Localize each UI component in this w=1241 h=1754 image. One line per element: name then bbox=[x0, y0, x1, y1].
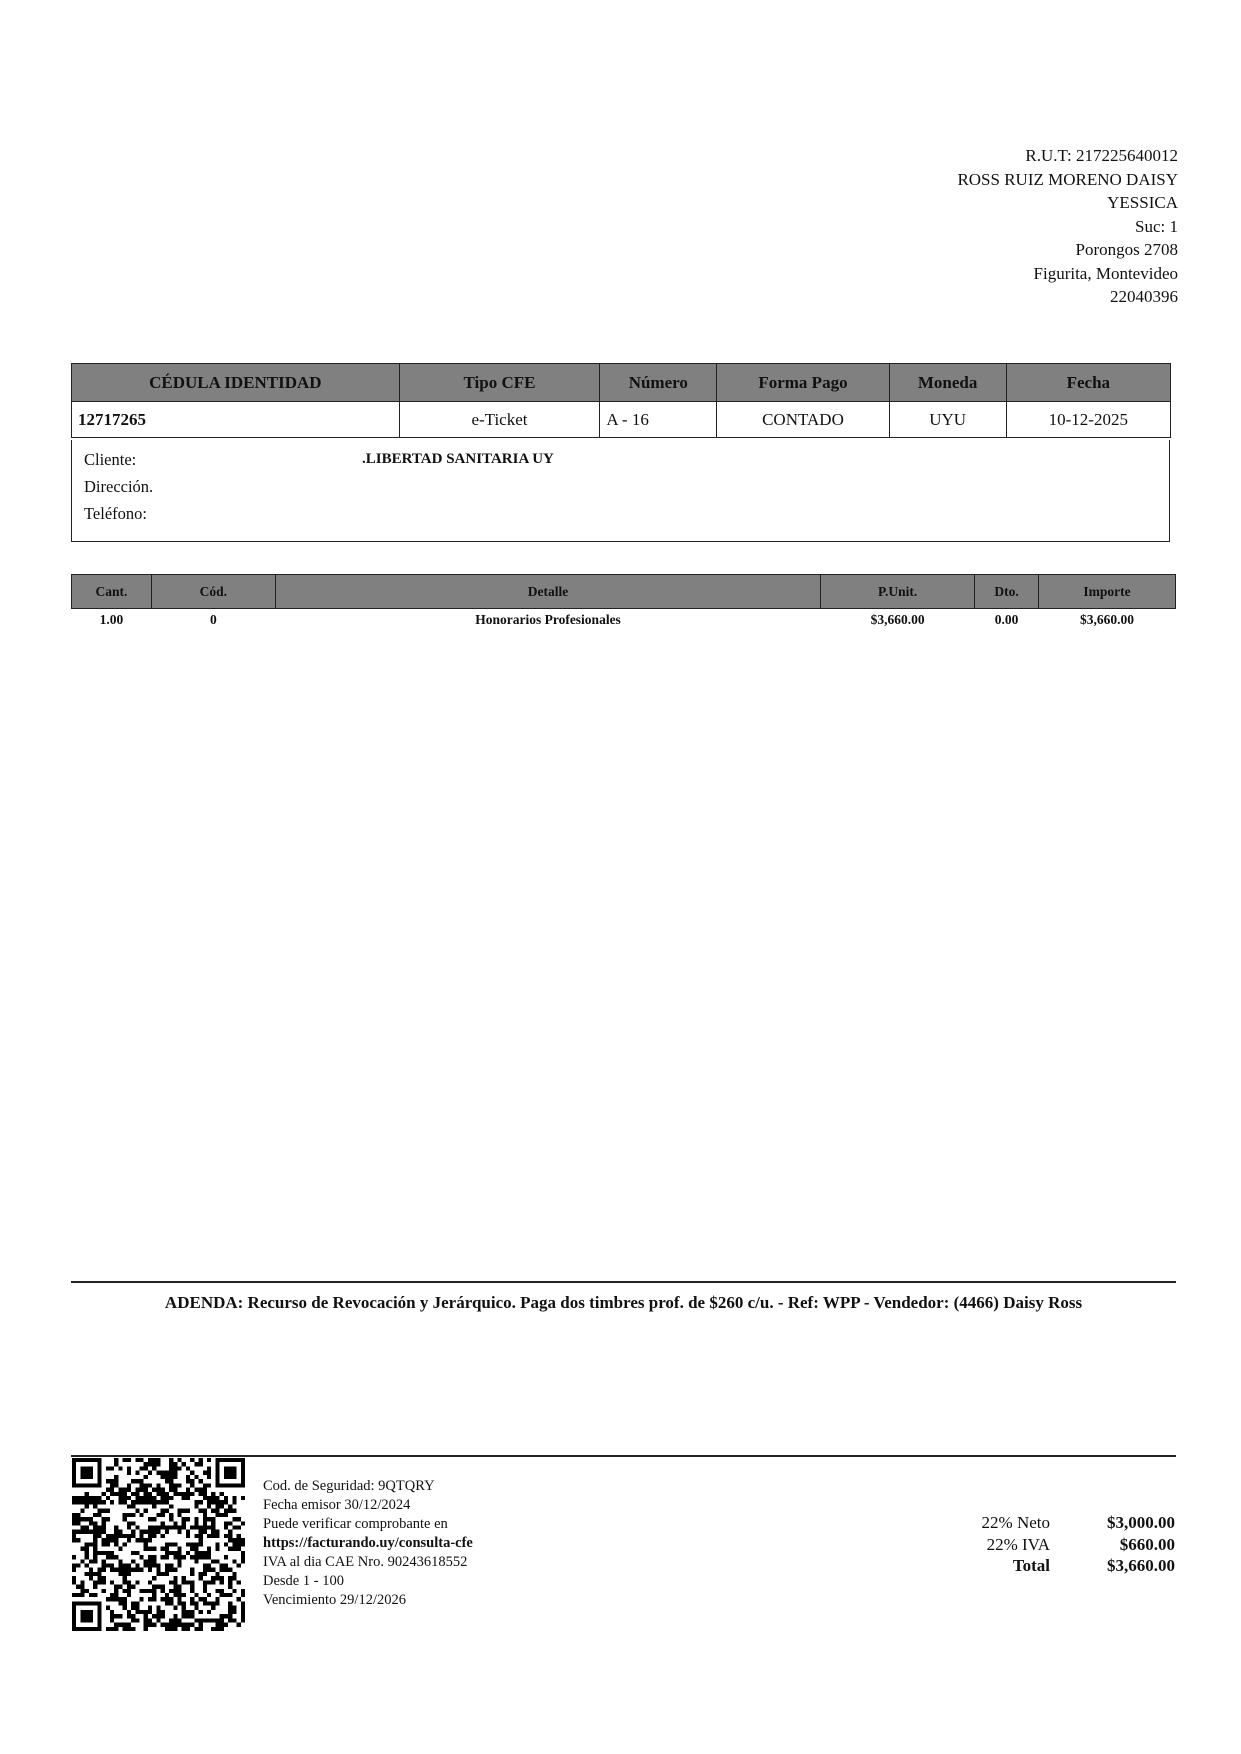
moneda-value: UYU bbox=[889, 402, 1006, 438]
col-numero: Número bbox=[600, 364, 717, 402]
issuer-info: R.U.T: 217225640012 ROSS RUIZ MORENO DAI… bbox=[957, 144, 1178, 309]
tipo-cfe-value: e-Ticket bbox=[399, 402, 600, 438]
col-tipo-cfe: Tipo CFE bbox=[399, 364, 600, 402]
cedula-value: 12717265 bbox=[72, 402, 400, 438]
issuer-name: ROSS RUIZ MORENO DAISY bbox=[957, 168, 1178, 192]
cae-number: IVA al dia CAE Nro. 90243618552 bbox=[263, 1553, 473, 1572]
total-row-neto: 22% Neto $3,000.00 bbox=[930, 1512, 1175, 1534]
cae-range: Desde 1 - 100 bbox=[263, 1572, 473, 1591]
item-punit: $3,660.00 bbox=[821, 609, 975, 632]
verify-text: Puede verificar comprobante en bbox=[263, 1515, 473, 1534]
total-label: Total bbox=[930, 1555, 1050, 1577]
issuer-name-2: YESSICA bbox=[957, 191, 1178, 215]
issuer-rut: R.U.T: 217225640012 bbox=[957, 144, 1178, 168]
cae-info: Cod. de Seguridad: 9QTQRY Fecha emisor 3… bbox=[263, 1477, 473, 1610]
fecha-value: 10-12-2025 bbox=[1006, 402, 1170, 438]
client-box: Cliente: .LIBERTAD SANITARIA UY Direcció… bbox=[71, 440, 1170, 542]
neto-amount: $3,000.00 bbox=[1050, 1512, 1175, 1534]
col-importe: Importe bbox=[1039, 575, 1176, 609]
phone-label: Teléfono: bbox=[84, 504, 147, 524]
item-importe: $3,660.00 bbox=[1039, 609, 1176, 632]
divider bbox=[71, 1281, 1176, 1283]
divider bbox=[71, 1455, 1176, 1457]
issue-date: Fecha emisor 30/12/2024 bbox=[263, 1496, 473, 1515]
col-punit: P.Unit. bbox=[821, 575, 975, 609]
col-cedula: CÉDULA IDENTIDAD bbox=[72, 364, 400, 402]
adenda-text: ADENDA: Recurso de Revocación y Jerárqui… bbox=[71, 1293, 1176, 1313]
item-cod: 0 bbox=[151, 609, 275, 632]
item-cant: 1.00 bbox=[72, 609, 152, 632]
col-cod: Cód. bbox=[151, 575, 275, 609]
col-detalle: Detalle bbox=[275, 575, 820, 609]
client-name: .LIBERTAD SANITARIA UY bbox=[362, 451, 554, 468]
cae-expiry: Vencimiento 29/12/2026 bbox=[263, 1591, 473, 1610]
iva-amount: $660.00 bbox=[1050, 1534, 1175, 1556]
qr-code-icon bbox=[72, 1458, 245, 1631]
total-row-iva: 22% IVA $660.00 bbox=[930, 1534, 1175, 1556]
col-forma-pago: Forma Pago bbox=[717, 364, 889, 402]
col-dto: Dto. bbox=[975, 575, 1039, 609]
total-row-total: Total $3,660.00 bbox=[930, 1555, 1175, 1577]
col-moneda: Moneda bbox=[889, 364, 1006, 402]
col-fecha: Fecha bbox=[1006, 364, 1170, 402]
item-dto: 0.00 bbox=[975, 609, 1039, 632]
issuer-branch: Suc: 1 bbox=[957, 215, 1178, 239]
forma-pago-value: CONTADO bbox=[717, 402, 889, 438]
totals: 22% Neto $3,000.00 22% IVA $660.00 Total… bbox=[930, 1512, 1175, 1577]
item-detalle: Honorarios Profesionales bbox=[275, 609, 820, 632]
neto-label: 22% Neto bbox=[930, 1512, 1050, 1534]
numero-value: A - 16 bbox=[600, 402, 717, 438]
total-amount: $3,660.00 bbox=[1050, 1555, 1175, 1577]
address-label: Dirección. bbox=[84, 477, 153, 497]
issuer-city: Figurita, Montevideo bbox=[957, 262, 1178, 286]
col-cant: Cant. bbox=[72, 575, 152, 609]
verify-link[interactable]: https://facturando.uy/consulta-cfe bbox=[263, 1534, 473, 1553]
issuer-phone: 22040396 bbox=[957, 285, 1178, 309]
security-code: Cod. de Seguridad: 9QTQRY bbox=[263, 1477, 473, 1496]
issuer-address: Porongos 2708 bbox=[957, 238, 1178, 262]
iva-label: 22% IVA bbox=[930, 1534, 1050, 1556]
items-table: Cant. Cód. Detalle P.Unit. Dto. Importe … bbox=[71, 574, 1176, 631]
client-label: Cliente: bbox=[84, 450, 136, 470]
invoice-header-table: CÉDULA IDENTIDAD Tipo CFE Número Forma P… bbox=[71, 363, 1171, 438]
table-row: 1.00 0 Honorarios Profesionales $3,660.0… bbox=[72, 609, 1176, 632]
